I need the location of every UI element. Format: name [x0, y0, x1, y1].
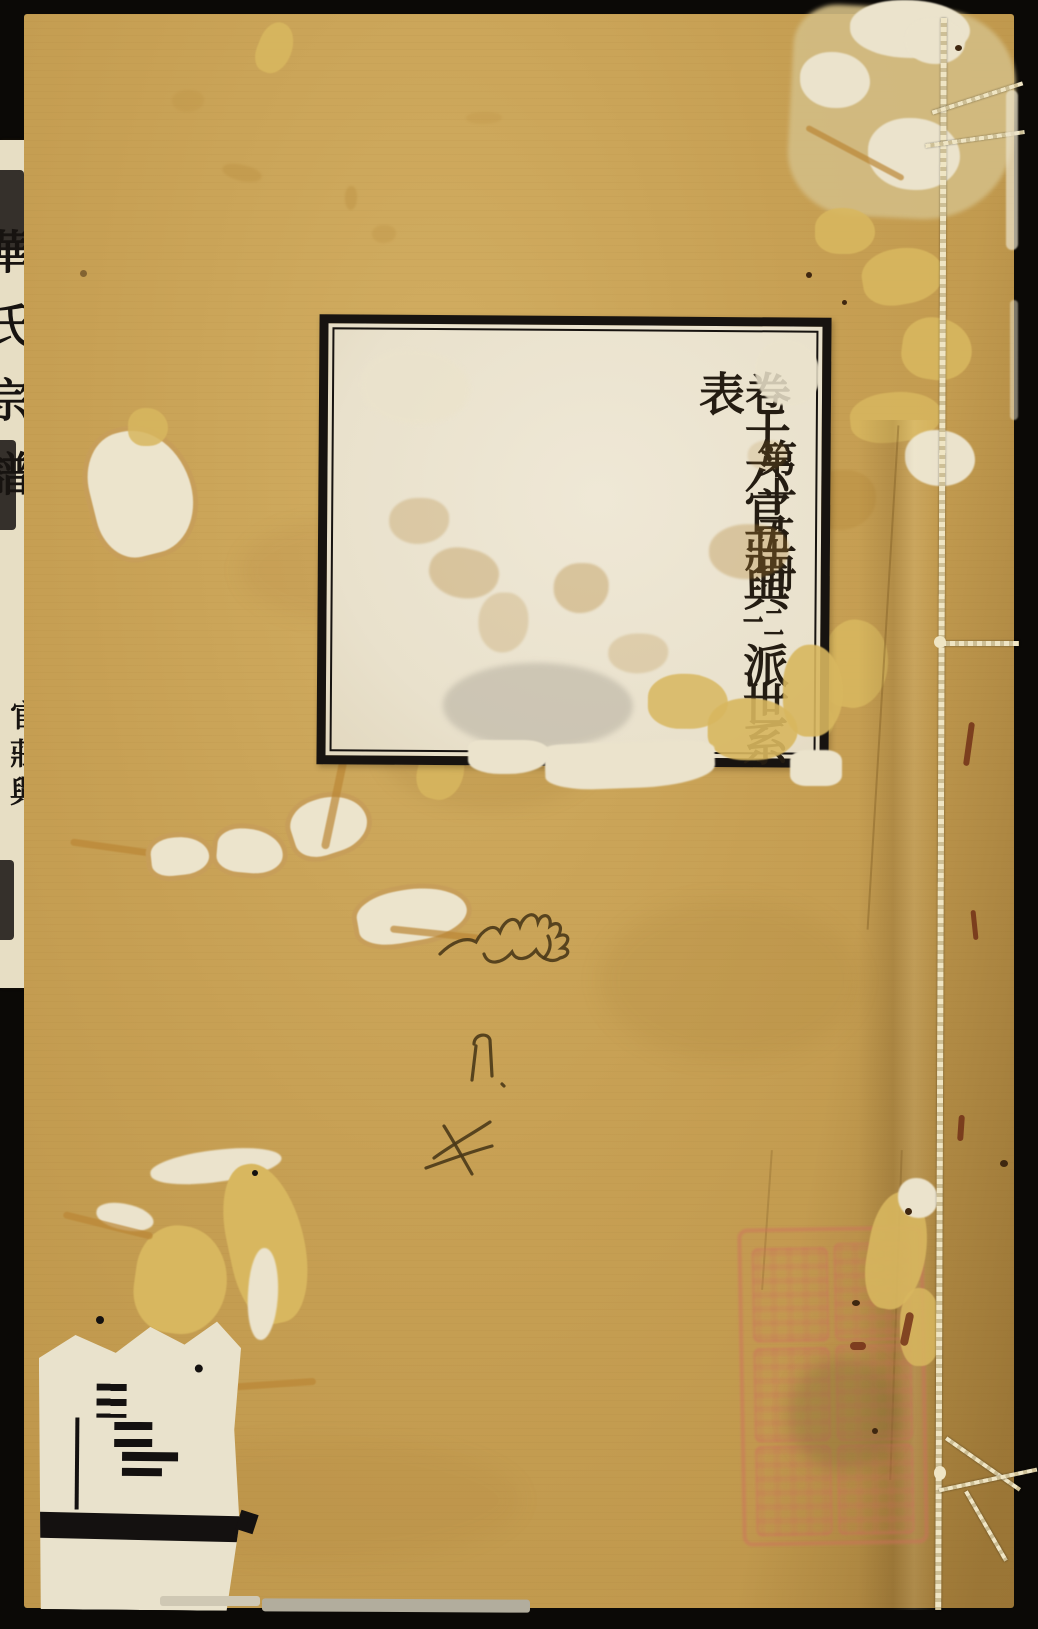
label-stain	[707, 698, 797, 761]
tear-patch	[905, 18, 965, 64]
label-stain	[443, 662, 634, 749]
seal-glyph	[752, 1247, 830, 1342]
printed-black-bar	[37, 1512, 243, 1543]
label-stain	[608, 633, 668, 673]
dark-spot	[852, 1300, 860, 1306]
handwritten-mark	[462, 1028, 510, 1088]
dark-spot	[905, 1208, 912, 1215]
seal-glyph	[835, 1344, 913, 1441]
printed-glyph-fragment	[195, 1364, 203, 1372]
exposed-printed-page	[37, 1317, 242, 1611]
tear-patch	[815, 208, 875, 254]
seal-glyph	[753, 1347, 831, 1442]
printed-rule-line	[75, 1417, 80, 1509]
label-stain	[553, 563, 608, 613]
page-edge-sliver	[1010, 300, 1018, 420]
dark-spot	[955, 45, 962, 51]
handwritten-mark	[420, 1112, 510, 1182]
label-torn-flap	[790, 750, 842, 786]
printed-glyph-fragment	[122, 1452, 178, 1461]
spine-ink-blob	[0, 860, 14, 940]
tear-patch	[128, 408, 168, 446]
ink-dot	[96, 1316, 104, 1324]
printed-glyph-fragment	[122, 1468, 162, 1476]
worm-trail	[850, 1342, 866, 1350]
tear-patch	[898, 1178, 938, 1218]
volume-title-branch-pair: 一二	[741, 604, 785, 642]
page-edge-sliver	[1006, 90, 1018, 250]
handwritten-scribble	[432, 892, 582, 987]
seal-glyph	[837, 1444, 915, 1535]
label-stain	[755, 340, 820, 405]
label-torn-flap	[468, 740, 548, 774]
title-label: 卷十六官莊與一二派世系表 第十五冊	[316, 314, 831, 768]
label-stain	[478, 592, 528, 652]
dark-spot	[806, 272, 812, 278]
label-stain	[362, 350, 471, 425]
photo-backdrop: 華氏宗譜 官莊與	[0, 0, 1038, 1629]
dark-spot	[842, 300, 847, 305]
seal-glyph	[755, 1445, 833, 1536]
tear-patch	[800, 52, 870, 108]
dark-spot	[1000, 1160, 1008, 1167]
dark-spot	[872, 1428, 878, 1434]
printed-glyph-fragment	[96, 1384, 126, 1418]
dark-spot	[80, 270, 87, 277]
ink-dot	[252, 1170, 258, 1176]
label-stain	[389, 498, 449, 544]
binding-thread-horizontal	[941, 641, 1019, 646]
printed-glyph-fragment	[114, 1422, 152, 1450]
